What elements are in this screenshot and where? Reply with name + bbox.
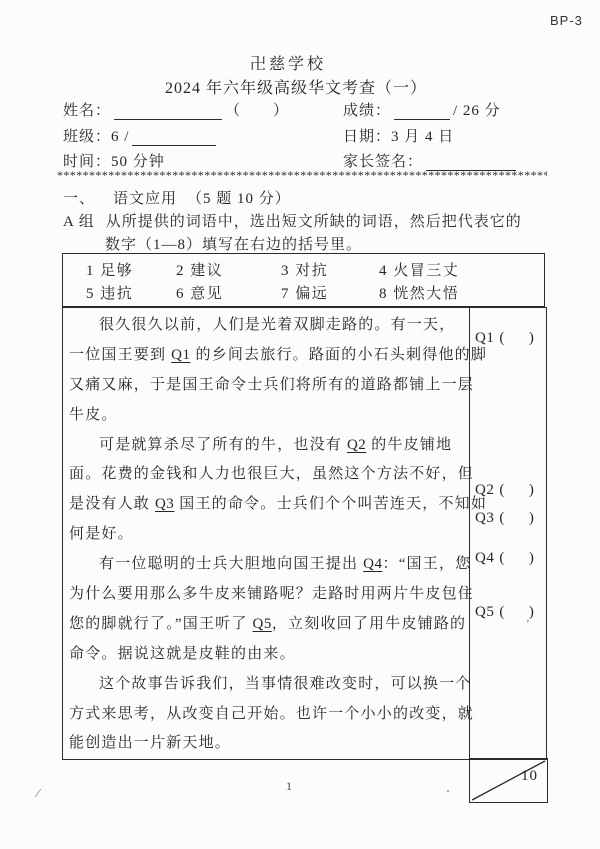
answer-bracket-close: )	[529, 550, 535, 566]
section-number: 一、	[63, 187, 95, 208]
passage-text: 一位国王要到	[69, 347, 171, 363]
passage-text: 面。花费的金钱和人力也很巨大，虽然这个方法不好，但	[69, 466, 474, 482]
passage-text: 国王的命令。士兵们个个叫苦连天，不知如	[174, 496, 487, 512]
word-bank-item-3: 3 对抗	[281, 259, 328, 280]
score-box-total: 10	[521, 768, 538, 785]
answer-label: Q5	[475, 604, 494, 620]
passage-text: 又痛又麻，于是国王命令士兵们将所有的道路都铺上一层	[69, 377, 474, 393]
passage-text: 是没有人敢	[69, 496, 155, 512]
passage-line: 很久很久以前，人们是光着双脚走路的。有一天，	[69, 311, 467, 341]
passage-text: 这个故事告诉我们，当事情很难改变时，可以换一个	[99, 676, 472, 692]
section-heading: 一、 语文应用 （5 题 10 分）	[63, 187, 291, 208]
passage-line: 方式来思考，从改变自己开始。也许一个小小的改变，就	[69, 700, 467, 730]
score-field-row: 成绩：/ 26 分	[343, 99, 501, 120]
class-label: 班级：6 /	[63, 129, 129, 145]
instruction-line-2: 数字（1—8）填写在右边的括号里。	[105, 233, 362, 254]
section-title: 语文应用	[113, 187, 177, 208]
group-a-label: A 组	[63, 210, 95, 231]
passage-box: 很久很久以前，人们是光着双脚走路的。有一天，一位国王要到 Q1 的乡间去旅行。路…	[62, 307, 547, 760]
passage-line: 面。花费的金钱和人力也很巨大，虽然这个方法不好，但	[69, 460, 467, 490]
school-name: 卍慈学校	[0, 51, 576, 74]
date-field-row: 日期：3 月 4 日	[343, 125, 454, 146]
passage-text: 能创造出一片新天地。	[69, 735, 231, 751]
word-bank-item-1: 1 足够	[86, 259, 133, 280]
score-label: 成绩：	[343, 103, 391, 119]
answer-label: Q3	[475, 510, 494, 526]
class-field-row: 班级：6 /	[63, 125, 219, 146]
name-paren-brackets: （ ）	[225, 103, 289, 119]
answer-bracket-close: )	[529, 330, 535, 346]
passage-line: 可是就算杀尽了所有的牛，也没有 Q2 的牛皮铺地	[69, 431, 467, 461]
word-bank-item-4: 4 火冒三丈	[379, 259, 459, 280]
score-box: 10	[469, 758, 548, 803]
passage-text: 为什么要用那么多牛皮来铺路呢？走路时用两片牛皮包住	[69, 586, 474, 602]
name-label: 姓名：	[63, 103, 111, 119]
blank-ref-q2: Q2	[347, 437, 366, 453]
score-total-label: / 26 分	[453, 103, 501, 119]
answer-slot-q4: Q4()	[475, 550, 534, 567]
stray-ink-mark: ’	[526, 618, 530, 630]
score-blank-line	[394, 105, 450, 120]
answer-bracket-open: (	[499, 604, 505, 620]
answer-slot-q2: Q2()	[475, 482, 534, 499]
answer-bracket-open: (	[499, 482, 505, 498]
passage-line: 牛皮。	[69, 401, 467, 431]
passage-text: ：“国王，您	[383, 556, 472, 572]
class-blank-line	[132, 131, 216, 146]
word-bank-item-8: 8 恍然大悟	[379, 282, 459, 303]
section-marks: （5 题 10 分）	[187, 187, 291, 208]
answer-slot-q1: Q1()	[475, 330, 534, 347]
word-bank-item-5: 5 违抗	[86, 282, 133, 303]
answer-label: Q2	[475, 482, 494, 498]
answer-bracket-open: (	[499, 550, 505, 566]
passage-text: ，立刻收回了用牛皮铺路的	[272, 616, 466, 632]
exam-paper-page: BP-3 卍慈学校 2024 年六年级高级华文考查（一） 姓名：（ ） 成绩：/…	[0, 0, 600, 849]
passage-text: 方式来思考，从改变自己开始。也许一个小小的改变，就	[69, 706, 474, 722]
passage-line: 是没有人敢 Q3 国王的命令。士兵们个个叫苦连天，不知如	[69, 490, 467, 520]
passage-text: 可是就算杀尽了所有的牛，也没有	[99, 437, 347, 453]
passage-line: 有一位聪明的士兵大胆地向国王提出 Q4：“国王，您	[69, 550, 467, 580]
exam-title: 2024 年六年级高级华文考查（一）	[0, 75, 592, 98]
answer-bracket-close: )	[529, 510, 535, 526]
passage-line: 这个故事告诉我们，当事情很难改变时，可以换一个	[69, 670, 467, 700]
blank-ref-q4: Q4	[363, 556, 382, 572]
name-blank-line	[114, 105, 222, 120]
passage-text: 的乡间去旅行。路面的小石头刺得他的脚	[191, 347, 488, 363]
word-bank-item-7: 7 偏远	[281, 282, 328, 303]
passage-line: 能创造出一片新天地。	[69, 729, 467, 759]
document-code: BP-3	[550, 13, 583, 28]
passage-text: 何是好。	[69, 526, 134, 542]
passage-text: 您的脚就行了。”国王听了	[69, 616, 253, 632]
stray-dot	[447, 790, 449, 792]
passage-line: 又痛又麻，于是国王命令士兵们将所有的道路都铺上一层	[69, 371, 467, 401]
word-bank-item-2: 2 建议	[176, 259, 223, 280]
answer-bracket-close: )	[529, 482, 535, 498]
word-bank-item-6: 6 意见	[176, 282, 223, 303]
word-bank-box: 1 足够2 建议3 对抗4 火冒三丈5 违抗6 意见7 偏远8 恍然大悟	[62, 253, 545, 307]
answer-bracket-open: (	[499, 510, 505, 526]
blank-ref-q3: Q3	[155, 496, 174, 512]
passage-line: 一位国王要到 Q1 的乡间去旅行。路面的小石头刺得他的脚	[69, 341, 467, 371]
passage-text: 很久很久以前，人们是光着双脚走路的。有一天，	[99, 317, 455, 333]
passage-line: 您的脚就行了。”国王听了 Q5，立刻收回了用牛皮铺路的	[69, 610, 467, 640]
answer-slot-q3: Q3()	[475, 510, 534, 527]
passage-line: 何是好。	[69, 520, 467, 550]
instruction-line-1: 从所提供的词语中，选出短文所缺的词语，然后把代表它的	[106, 210, 522, 231]
asterisk-divider: ****************************************…	[57, 168, 547, 183]
blank-ref-q5: Q5	[253, 616, 272, 632]
answer-bracket-open: (	[499, 330, 505, 346]
passage-text: 牛皮。	[69, 407, 118, 423]
blank-ref-q1: Q1	[171, 347, 190, 363]
passage-text: 的牛皮铺地	[366, 437, 452, 453]
group-a-instruction: A 组 从所提供的词语中，选出短文所缺的词语，然后把代表它的	[63, 210, 522, 231]
stray-pen-mark: /	[35, 785, 41, 801]
page-number: 1	[286, 779, 292, 794]
passage-line: 命令。据说这就是皮鞋的由来。	[69, 640, 467, 670]
date-label: 日期：3 月 4 日	[343, 129, 454, 145]
answer-label: Q4	[475, 550, 494, 566]
passage-text: 有一位聪明的士兵大胆地向国王提出	[99, 556, 363, 572]
passage-line: 为什么要用那么多牛皮来铺路呢？走路时用两片牛皮包住	[69, 580, 467, 610]
passage-lines: 很久很久以前，人们是光着双脚走路的。有一天，一位国王要到 Q1 的乡间去旅行。路…	[69, 311, 467, 759]
passage-text: 命令。据说这就是皮鞋的由来。	[69, 646, 296, 662]
name-field-row: 姓名：（ ）	[63, 99, 289, 120]
answer-label: Q1	[475, 330, 494, 346]
